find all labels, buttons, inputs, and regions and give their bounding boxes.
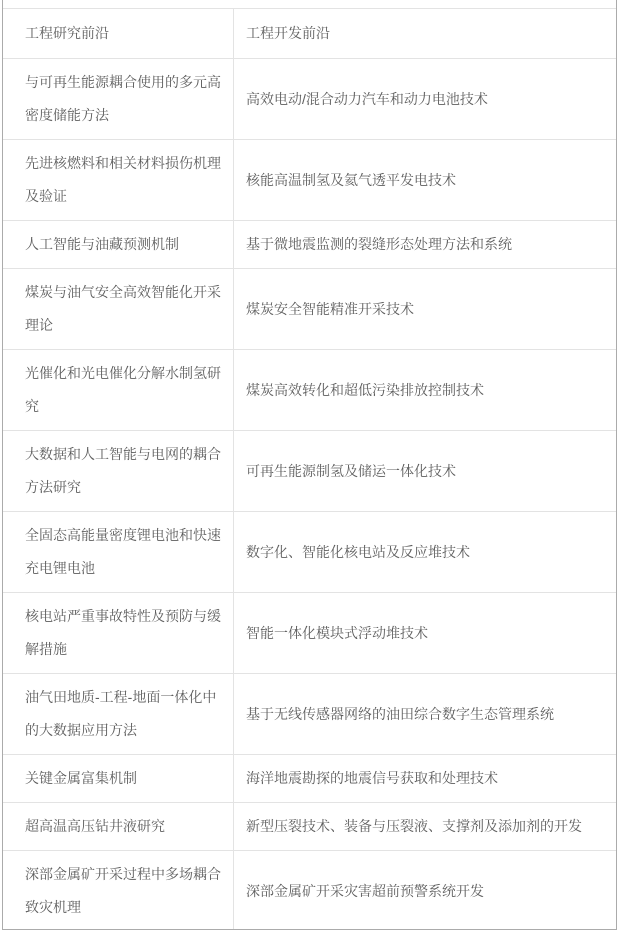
fronts-table-wrapper: 工程研究前沿 工程开发前沿 与可再生能源耦合使用的多元高密度储能方法 高效电动/… (3, 8, 616, 930)
table-row: 光催化和光电催化分解水制氢研究 煤炭高效转化和超低污染排放控制技术 (3, 350, 616, 431)
table-row: 超高温高压钻井液研究 新型压裂技术、装备与压裂液、支撑剂及添加剂的开发 (3, 803, 616, 851)
development-front-cell: 深部金属矿开采灾害超前预警系统开发 (234, 851, 617, 931)
table-row: 大数据和人工智能与电网的耦合方法研究 可再生能源制氢及储运一体化技术 (3, 431, 616, 512)
table-row: 关键金属富集机制 海洋地震勘探的地震信号获取和处理技术 (3, 755, 616, 803)
research-front-cell: 全固态高能量密度锂电池和快速充电锂电池 (3, 512, 234, 593)
research-front-cell: 油气田地质-工程-地面一体化中的大数据应用方法 (3, 674, 234, 755)
development-front-cell: 煤炭安全智能精准开采技术 (234, 269, 617, 350)
table-row: 煤炭与油气安全高效智能化开采理论 煤炭安全智能精准开采技术 (3, 269, 616, 350)
research-front-cell: 超高温高压钻井液研究 (3, 803, 234, 851)
table-row: 人工智能与油藏预测机制 基于微地震监测的裂缝形态处理方法和系统 (3, 221, 616, 269)
research-front-cell: 关键金属富集机制 (3, 755, 234, 803)
table-row: 全固态高能量密度锂电池和快速充电锂电池 数字化、智能化核电站及反应堆技术 (3, 512, 616, 593)
research-front-cell: 煤炭与油气安全高效智能化开采理论 (3, 269, 234, 350)
development-front-cell: 煤炭高效转化和超低污染排放控制技术 (234, 350, 617, 431)
development-front-cell: 数字化、智能化核电站及反应堆技术 (234, 512, 617, 593)
research-front-cell: 大数据和人工智能与电网的耦合方法研究 (3, 431, 234, 512)
header-row: 工程研究前沿 工程开发前沿 (3, 9, 616, 59)
development-front-cell: 核能高温制氢及氦气透平发电技术 (234, 140, 617, 221)
research-front-cell: 先进核燃料和相关材料损伤机理及验证 (3, 140, 234, 221)
fronts-table: 工程研究前沿 工程开发前沿 与可再生能源耦合使用的多元高密度储能方法 高效电动/… (3, 8, 616, 930)
development-front-cell: 海洋地震勘探的地震信号获取和处理技术 (234, 755, 617, 803)
table-row: 深部金属矿开采过程中多场耦合致灾机理 深部金属矿开采灾害超前预警系统开发 (3, 851, 616, 931)
research-front-cell: 核电站严重事故特性及预防与缓解措施 (3, 593, 234, 674)
development-front-cell: 智能一体化模块式浮动堆技术 (234, 593, 617, 674)
table-row: 先进核燃料和相关材料损伤机理及验证 核能高温制氢及氦气透平发电技术 (3, 140, 616, 221)
development-front-cell: 可再生能源制氢及储运一体化技术 (234, 431, 617, 512)
development-front-cell: 高效电动/混合动力汽车和动力电池技术 (234, 59, 617, 140)
research-front-cell: 人工智能与油藏预测机制 (3, 221, 234, 269)
image-frame: 工程研究前沿 工程开发前沿 与可再生能源耦合使用的多元高密度储能方法 高效电动/… (2, 0, 617, 930)
research-front-cell: 光催化和光电催化分解水制氢研究 (3, 350, 234, 431)
table-row: 与可再生能源耦合使用的多元高密度储能方法 高效电动/混合动力汽车和动力电池技术 (3, 59, 616, 140)
table-row: 油气田地质-工程-地面一体化中的大数据应用方法 基于无线传感器网络的油田综合数字… (3, 674, 616, 755)
research-front-cell: 与可再生能源耦合使用的多元高密度储能方法 (3, 59, 234, 140)
table-body: 与可再生能源耦合使用的多元高密度储能方法 高效电动/混合动力汽车和动力电池技术 … (3, 59, 616, 931)
column-header-development-fronts: 工程开发前沿 (234, 9, 617, 59)
development-front-cell: 基于无线传感器网络的油田综合数字生态管理系统 (234, 674, 617, 755)
table-row: 核电站严重事故特性及预防与缓解措施 智能一体化模块式浮动堆技术 (3, 593, 616, 674)
research-front-cell: 深部金属矿开采过程中多场耦合致灾机理 (3, 851, 234, 931)
development-front-cell: 新型压裂技术、装备与压裂液、支撑剂及添加剂的开发 (234, 803, 617, 851)
column-header-research-fronts: 工程研究前沿 (3, 9, 234, 59)
development-front-cell: 基于微地震监测的裂缝形态处理方法和系统 (234, 221, 617, 269)
table-header: 工程研究前沿 工程开发前沿 (3, 9, 616, 59)
